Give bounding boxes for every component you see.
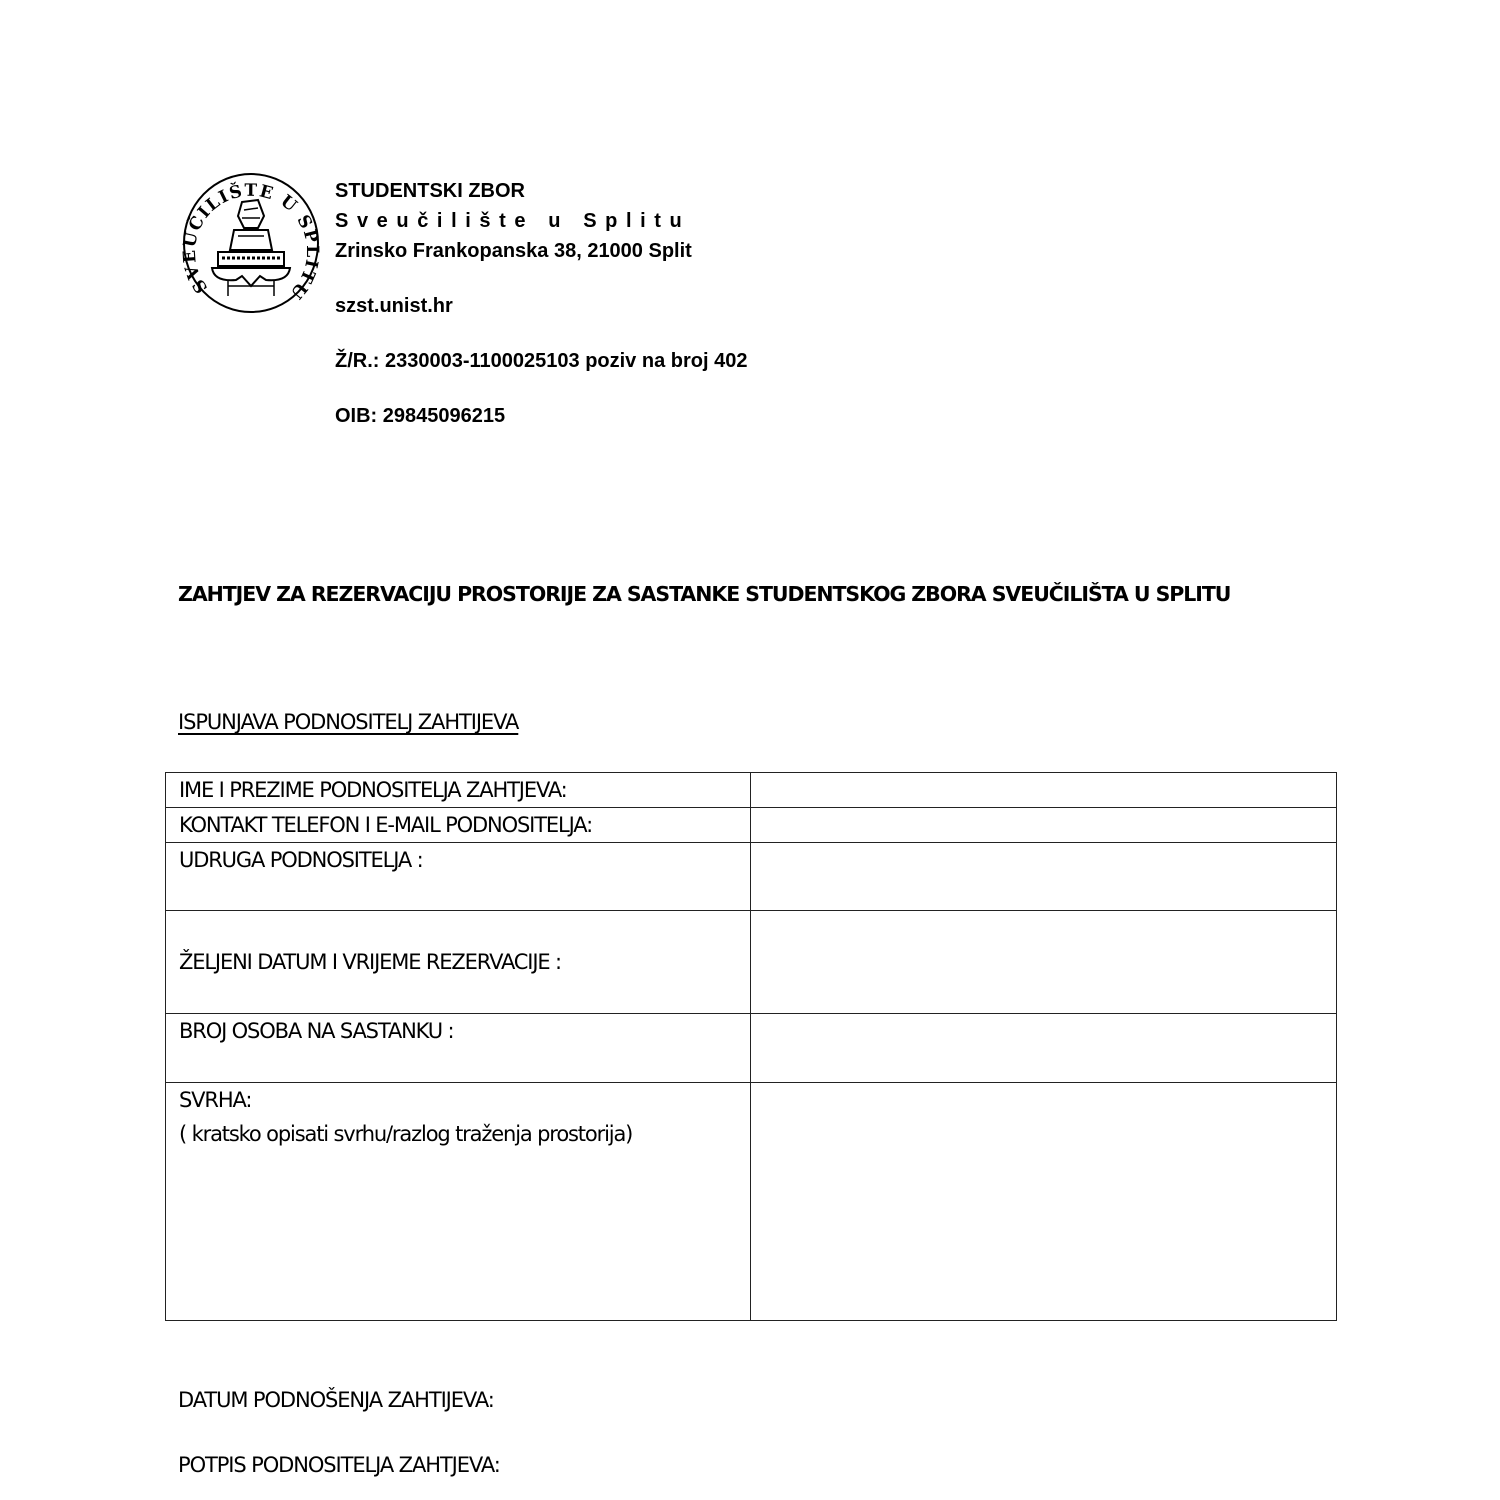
table-row: KONTAKT TELEFON I E-MAIL PODNOSITELJA: (166, 808, 1337, 843)
document-title: ZAHTJEV ZA REZERVACIJU PROSTORIJE ZA SAS… (178, 582, 1230, 606)
section-heading: ISPUNJAVA PODNOSITELJ ZAHTIJEVA (178, 710, 518, 734)
organization-name: STUDENTSKI ZBOR (335, 180, 525, 203)
table-row: SVRHA: ( kratsko opisati svrhu/razlog tr… (166, 1083, 1337, 1321)
field-value-association[interactable] (751, 843, 1337, 911)
website-link[interactable]: szst.unist.hr (335, 295, 453, 318)
field-value-contact[interactable] (751, 808, 1337, 843)
field-label-name: IME I PREZIME PODNOSITELJA ZAHTJEVA: (166, 773, 751, 808)
signature-label: POTPIS PODNOSITELJA ZAHTJEVA: (178, 1453, 500, 1477)
university-seal-icon: SVEUČILIŠTE U SPLITU (180, 172, 322, 314)
field-value-name[interactable] (751, 773, 1337, 808)
university-name: Sveučilište u Splitu (335, 210, 690, 233)
field-value-datetime[interactable] (751, 911, 1337, 1014)
request-form-table: IME I PREZIME PODNOSITELJA ZAHTJEVA: KON… (165, 772, 1337, 1321)
purpose-hint: ( kratsko opisati svrhu/razlog traženja … (179, 1117, 750, 1151)
purpose-label: SVRHA: (179, 1083, 750, 1117)
field-label-attendees: BROJ OSOBA NA SASTANKU : (166, 1014, 751, 1083)
address: Zrinsko Frankopanska 38, 21000 Split (335, 240, 692, 263)
oib-number: OIB: 29845096215 (335, 405, 505, 428)
field-label-datetime: ŽELJENI DATUM I VRIJEME REZERVACIJE : (166, 911, 751, 1014)
field-value-purpose[interactable] (751, 1083, 1337, 1321)
field-label-purpose: SVRHA: ( kratsko opisati svrhu/razlog tr… (166, 1083, 751, 1321)
field-value-attendees[interactable] (751, 1014, 1337, 1083)
field-label-association: UDRUGA PODNOSITELJA : (166, 843, 751, 911)
table-row: BROJ OSOBA NA SASTANKU : (166, 1014, 1337, 1083)
table-row: ŽELJENI DATUM I VRIJEME REZERVACIJE : (166, 911, 1337, 1014)
bank-account: Ž/R.: 2330003-1100025103 poziv na broj 4… (335, 350, 747, 373)
field-label-contact: KONTAKT TELEFON I E-MAIL PODNOSITELJA: (166, 808, 751, 843)
submission-date-label: DATUM PODNOŠENJA ZAHTIJEVA: (178, 1388, 494, 1412)
table-row: UDRUGA PODNOSITELJA : (166, 843, 1337, 911)
table-row: IME I PREZIME PODNOSITELJA ZAHTJEVA: (166, 773, 1337, 808)
